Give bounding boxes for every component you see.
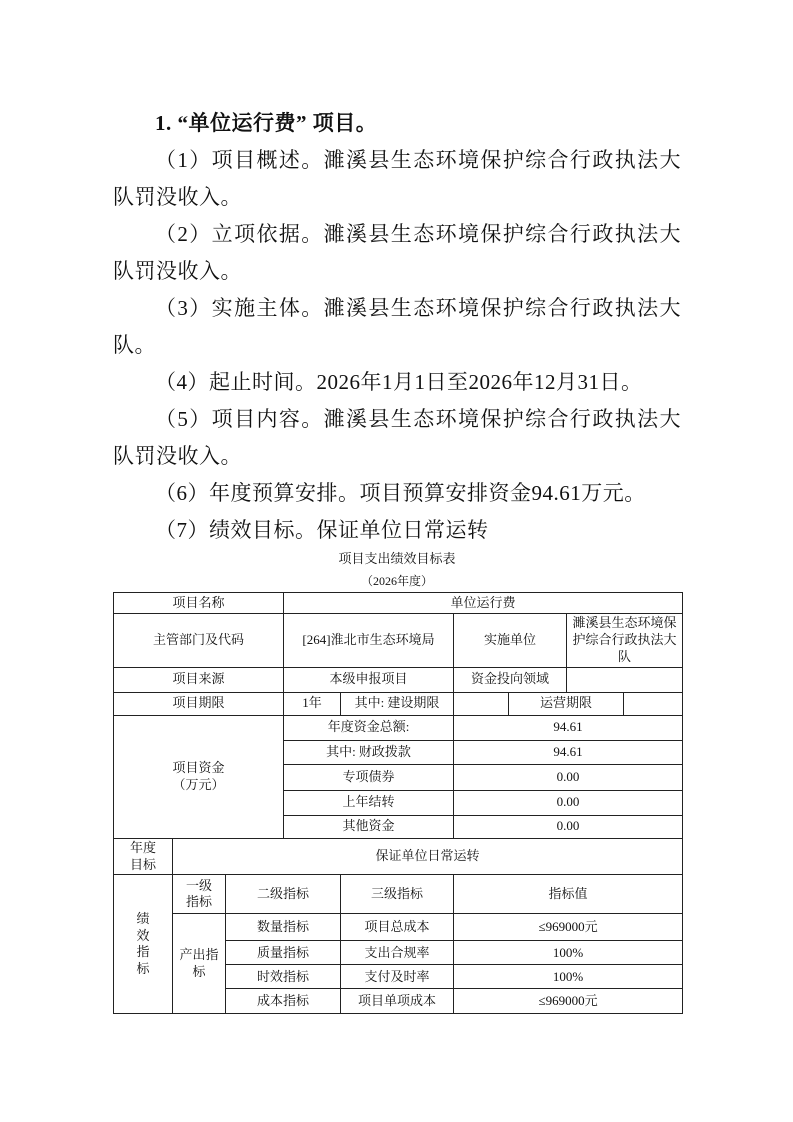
fund-item-value-cell: 94.61 [454,740,683,764]
operation-period-label-cell: 运营期限 [509,692,624,715]
department-label-cell: 主管部门及代码 [114,614,284,668]
indicator-level3-cell: 项目单项成本 [341,989,454,1014]
level2-indicator-header-cell: 二级指标 [226,875,341,914]
para-4: （4）起止时间。2026年1月1日至2026年12月31日。 [113,364,681,401]
indicator-level2-cell: 成本指标 [226,989,341,1014]
project-funds-label-cell: 项目资金 （万元） [114,715,284,838]
fund-field-label-cell: 资金投向领域 [454,667,567,692]
indicator-level3-cell: 支出合规率 [341,941,454,965]
implementing-unit-label-cell: 实施单位 [454,614,567,668]
annual-goal-label-cell: 年度 目标 [114,838,173,875]
indicator-level2-cell: 数量指标 [226,914,341,941]
para-1: （1）项目概述。濉溪县生态环境保护综合行政执法大队罚没收入。 [113,142,681,216]
operation-period-value-cell [624,692,683,715]
para-7: （7）绩效目标。保证单位日常运转 [113,512,681,549]
indicator-level2-cell: 时效指标 [226,965,341,989]
document-content: 1. “单位运行费” 项目。 （1）项目概述。濉溪县生态环境保护综合行政执法大队… [113,105,681,1014]
para-3: （3）实施主体。濉溪县生态环境保护综合行政执法大队。 [113,290,681,364]
project-duration-value-cell: 1年 [284,692,341,715]
level3-indicator-header-cell: 三级指标 [341,875,454,914]
indicator-value-cell: 100% [454,941,683,965]
output-indicator-cell: 产出指 标 [173,914,226,1014]
indicator-level2-cell: 质量指标 [226,941,341,965]
fund-item-value-cell: 94.61 [454,715,683,740]
fund-field-value-cell [567,667,683,692]
indicator-value-cell: ≤969000元 [454,989,683,1014]
table-row: 项目来源 本级申报项目 资金投向领域 [114,667,683,692]
table-row: 绩 效 指 标 一级 指标 二级指标 三级指标 指标值 [114,875,683,914]
annual-goal-value-cell: 保证单位日常运转 [173,838,683,875]
project-source-value-cell: 本级申报项目 [284,667,454,692]
build-period-value-cell [454,692,509,715]
table-row: 主管部门及代码 [264]淮北市生态环境局 实施单位 濉溪县生态环境保护综合行政… [114,614,683,668]
level1-indicator-header-cell: 一级 指标 [173,875,226,914]
para-2: （2）立项依据。濉溪县生态环境保护综合行政执法大队罚没收入。 [113,216,681,290]
table-row: 项目名称 单位运行费 [114,593,683,614]
para-5: （5）项目内容。濉溪县生态环境保护综合行政执法大队罚没收入。 [113,401,681,475]
table-title: 项目支出绩效目标表 [113,551,681,566]
fund-item-value-cell: 0.00 [454,815,683,838]
fund-item-value-cell: 0.00 [454,764,683,790]
fund-item-value-cell: 0.00 [454,790,683,815]
document-page: 1. “单位运行费” 项目。 （1）项目概述。濉溪县生态环境保护综合行政执法大队… [0,0,793,1122]
implementing-unit-value-cell: 濉溪县生态环境保护综合行政执法大队 [567,614,683,668]
project-source-label-cell: 项目来源 [114,667,284,692]
table-row: 项目资金 （万元） 年度资金总额: 94.61 [114,715,683,740]
para-6: （6）年度预算安排。项目预算安排资金94.61万元。 [113,475,681,512]
fund-item-label-cell: 年度资金总额: [284,715,454,740]
project-name-value-cell: 单位运行费 [284,593,683,614]
indicator-level3-cell: 项目总成本 [341,914,454,941]
fund-item-label-cell: 其他资金 [284,815,454,838]
performance-goal-table: 项目名称 单位运行费 主管部门及代码 [264]淮北市生态环境局 实施单位 濉溪… [113,592,683,1014]
indicator-value-header-cell: 指标值 [454,875,683,914]
table-row: 年度 目标 保证单位日常运转 [114,838,683,875]
build-period-label-cell: 其中: 建设期限 [341,692,454,715]
table-row: 项目期限 1年 其中: 建设期限 运营期限 [114,692,683,715]
project-name-label-cell: 项目名称 [114,593,284,614]
table-row: 产出指 标 数量指标 项目总成本 ≤969000元 [114,914,683,941]
indicator-level3-cell: 支付及时率 [341,965,454,989]
performance-indicator-section-cell: 绩 效 指 标 [114,875,173,1014]
indicator-value-cell: 100% [454,965,683,989]
fund-item-label-cell: 专项债券 [284,764,454,790]
fund-item-label-cell: 上年结转 [284,790,454,815]
project-duration-label-cell: 项目期限 [114,692,284,715]
section-heading: 1. “单位运行费” 项目。 [113,105,681,142]
fund-item-label-cell: 其中: 财政拨款 [284,740,454,764]
table-subtitle: （2026年度） [113,574,681,589]
department-value-cell: [264]淮北市生态环境局 [284,614,454,668]
indicator-value-cell: ≤969000元 [454,914,683,941]
